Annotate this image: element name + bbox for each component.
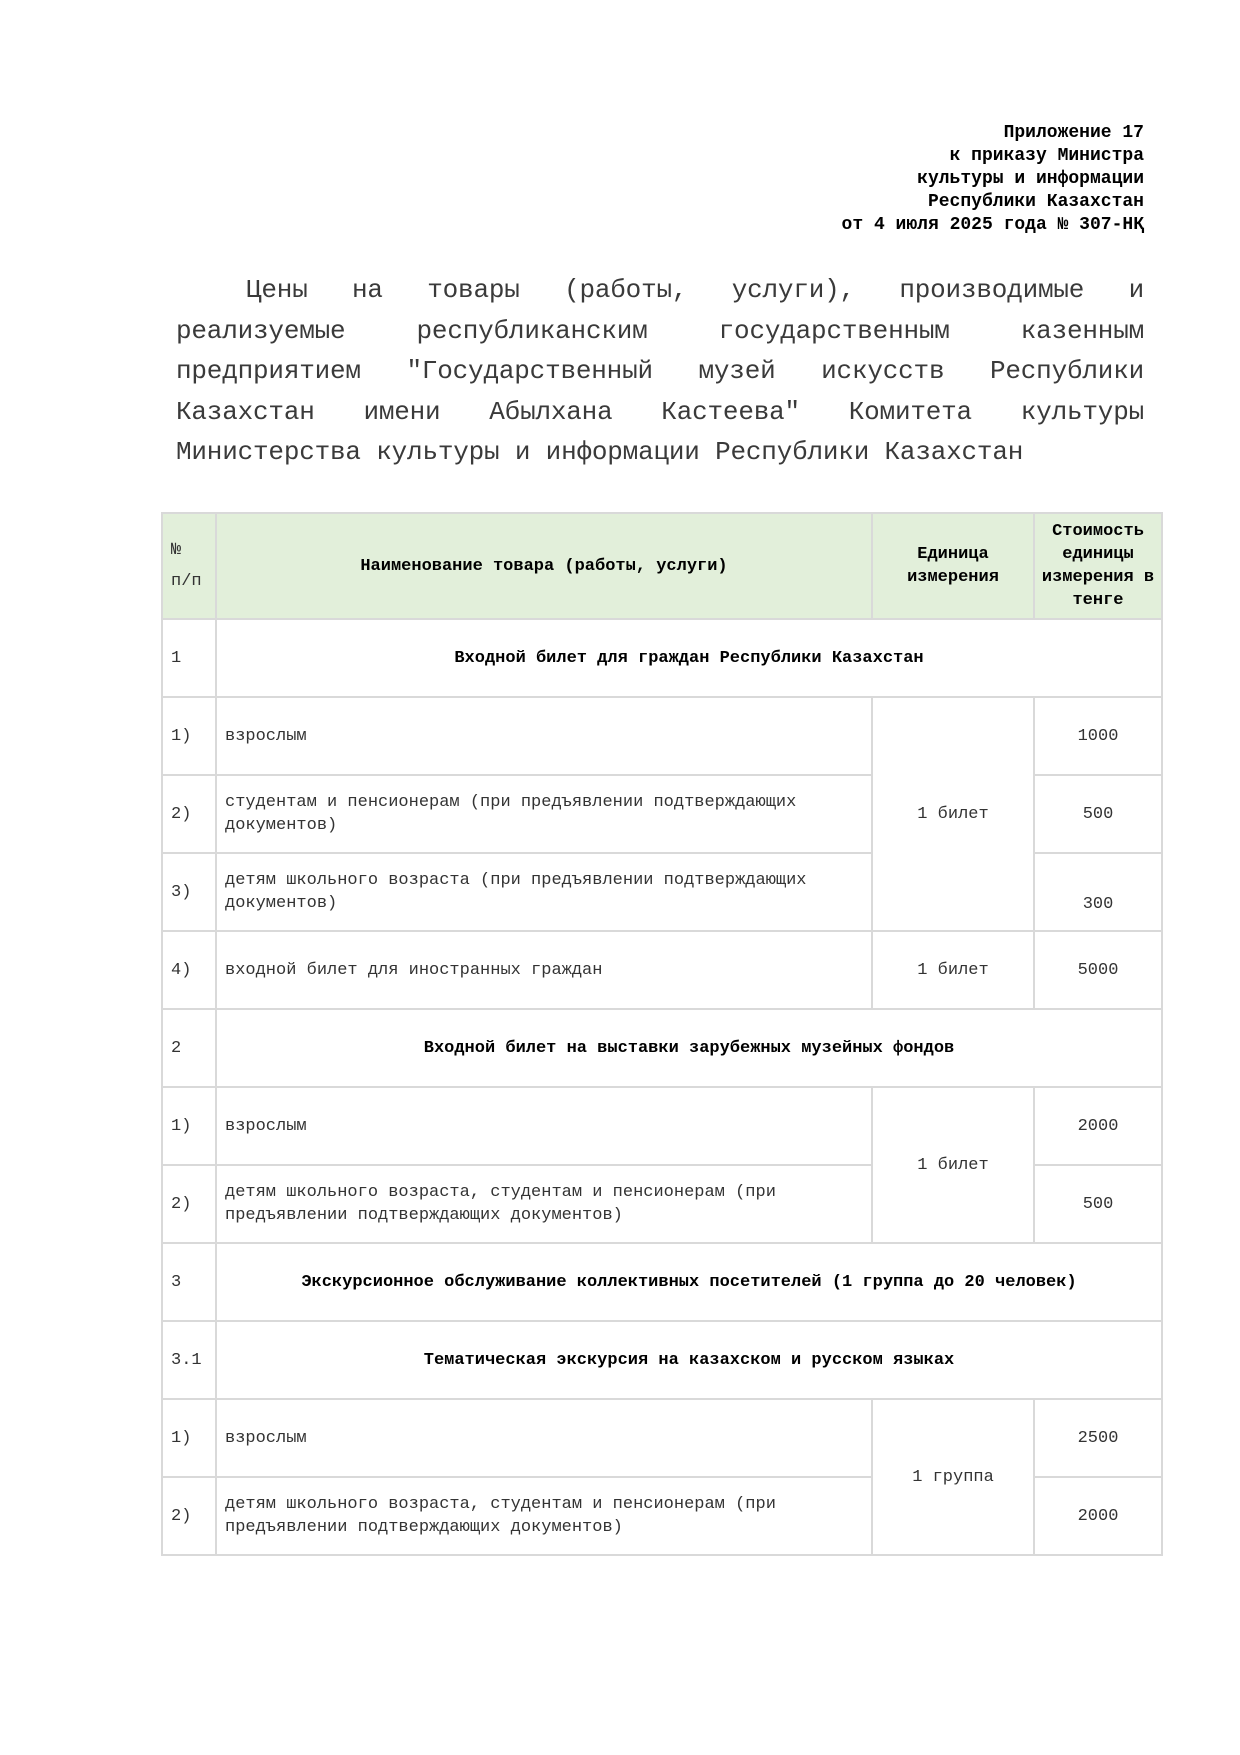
item-name: детям школьного возраста (при предъявлен… [216, 853, 872, 931]
section-title: Входной билет для граждан Республики Каз… [216, 619, 1162, 697]
header-num: № п/п [162, 513, 216, 619]
appendix-line: культуры и информации [842, 168, 1144, 191]
item-number: 1) [162, 697, 216, 775]
section-title: Экскурсионное обслуживание коллективных … [216, 1243, 1162, 1321]
table-row: 1) взрослым 1 билет 2000 [162, 1087, 1162, 1165]
section-row: 1 Входной билет для граждан Республики К… [162, 619, 1162, 697]
section-row: 3 Экскурсионное обслуживание коллективны… [162, 1243, 1162, 1321]
section-title: Входной билет на выставки зарубежных муз… [216, 1009, 1162, 1087]
table-header-row: № п/п Наименование товара (работы, услуг… [162, 513, 1162, 619]
item-number: 2) [162, 775, 216, 853]
table-row: 1) взрослым 1 билет 1000 [162, 697, 1162, 775]
item-number: 3) [162, 853, 216, 931]
header-num-symbol: № [171, 539, 207, 562]
item-price: 2500 [1034, 1399, 1162, 1477]
appendix-line: от 4 июля 2025 года № 307-НҚ [842, 214, 1144, 237]
item-number: 1) [162, 1399, 216, 1477]
section-number: 2 [162, 1009, 216, 1087]
table-row: 1) взрослым 1 группа 2500 [162, 1399, 1162, 1477]
item-name: детям школьного возраста, студентам и пе… [216, 1165, 872, 1243]
section-number: 1 [162, 619, 216, 697]
section-row: 2 Входной билет на выставки зарубежных м… [162, 1009, 1162, 1087]
header-unit: Единица измерения [872, 513, 1034, 619]
table-row: 4) входной билет для иностранных граждан… [162, 931, 1162, 1009]
appendix-line: Приложение 17 [842, 122, 1144, 145]
item-price: 500 [1034, 775, 1162, 853]
document-title: Цены на товары (работы, услуги), произво… [176, 270, 1144, 473]
item-unit: 1 группа [872, 1399, 1034, 1555]
item-number: 1) [162, 1087, 216, 1165]
item-number: 2) [162, 1165, 216, 1243]
item-price: 1000 [1034, 697, 1162, 775]
price-table: № п/п Наименование товара (работы, услуг… [161, 512, 1163, 1556]
section-row: 3.1 Тематическая экскурсия на казахском … [162, 1321, 1162, 1399]
item-price: 2000 [1034, 1477, 1162, 1555]
section-number: 3.1 [162, 1321, 216, 1399]
appendix-header: Приложение 17 к приказу Министра культур… [842, 122, 1144, 237]
appendix-line: Республики Казахстан [842, 191, 1144, 214]
section-title: Тематическая экскурсия на казахском и ру… [216, 1321, 1162, 1399]
item-name: взрослым [216, 1087, 872, 1165]
item-number: 2) [162, 1477, 216, 1555]
item-name: взрослым [216, 1399, 872, 1477]
item-price: 300 [1034, 853, 1162, 931]
header-name: Наименование товара (работы, услуги) [216, 513, 872, 619]
item-price: 5000 [1034, 931, 1162, 1009]
item-name: взрослым [216, 697, 872, 775]
item-name: детям школьного возраста, студентам и пе… [216, 1477, 872, 1555]
item-price: 2000 [1034, 1087, 1162, 1165]
item-unit: 1 билет [872, 1087, 1034, 1243]
item-price: 500 [1034, 1165, 1162, 1243]
item-name: студентам и пенсионерам (при предъявлени… [216, 775, 872, 853]
item-name: входной билет для иностранных граждан [216, 931, 872, 1009]
appendix-line: к приказу Министра [842, 145, 1144, 168]
item-unit: 1 билет [872, 931, 1034, 1009]
item-number: 4) [162, 931, 216, 1009]
header-num-label: п/п [171, 570, 207, 593]
item-unit: 1 билет [872, 697, 1034, 931]
header-price: Стоимость единицы измерения в тенге [1034, 513, 1162, 619]
section-number: 3 [162, 1243, 216, 1321]
